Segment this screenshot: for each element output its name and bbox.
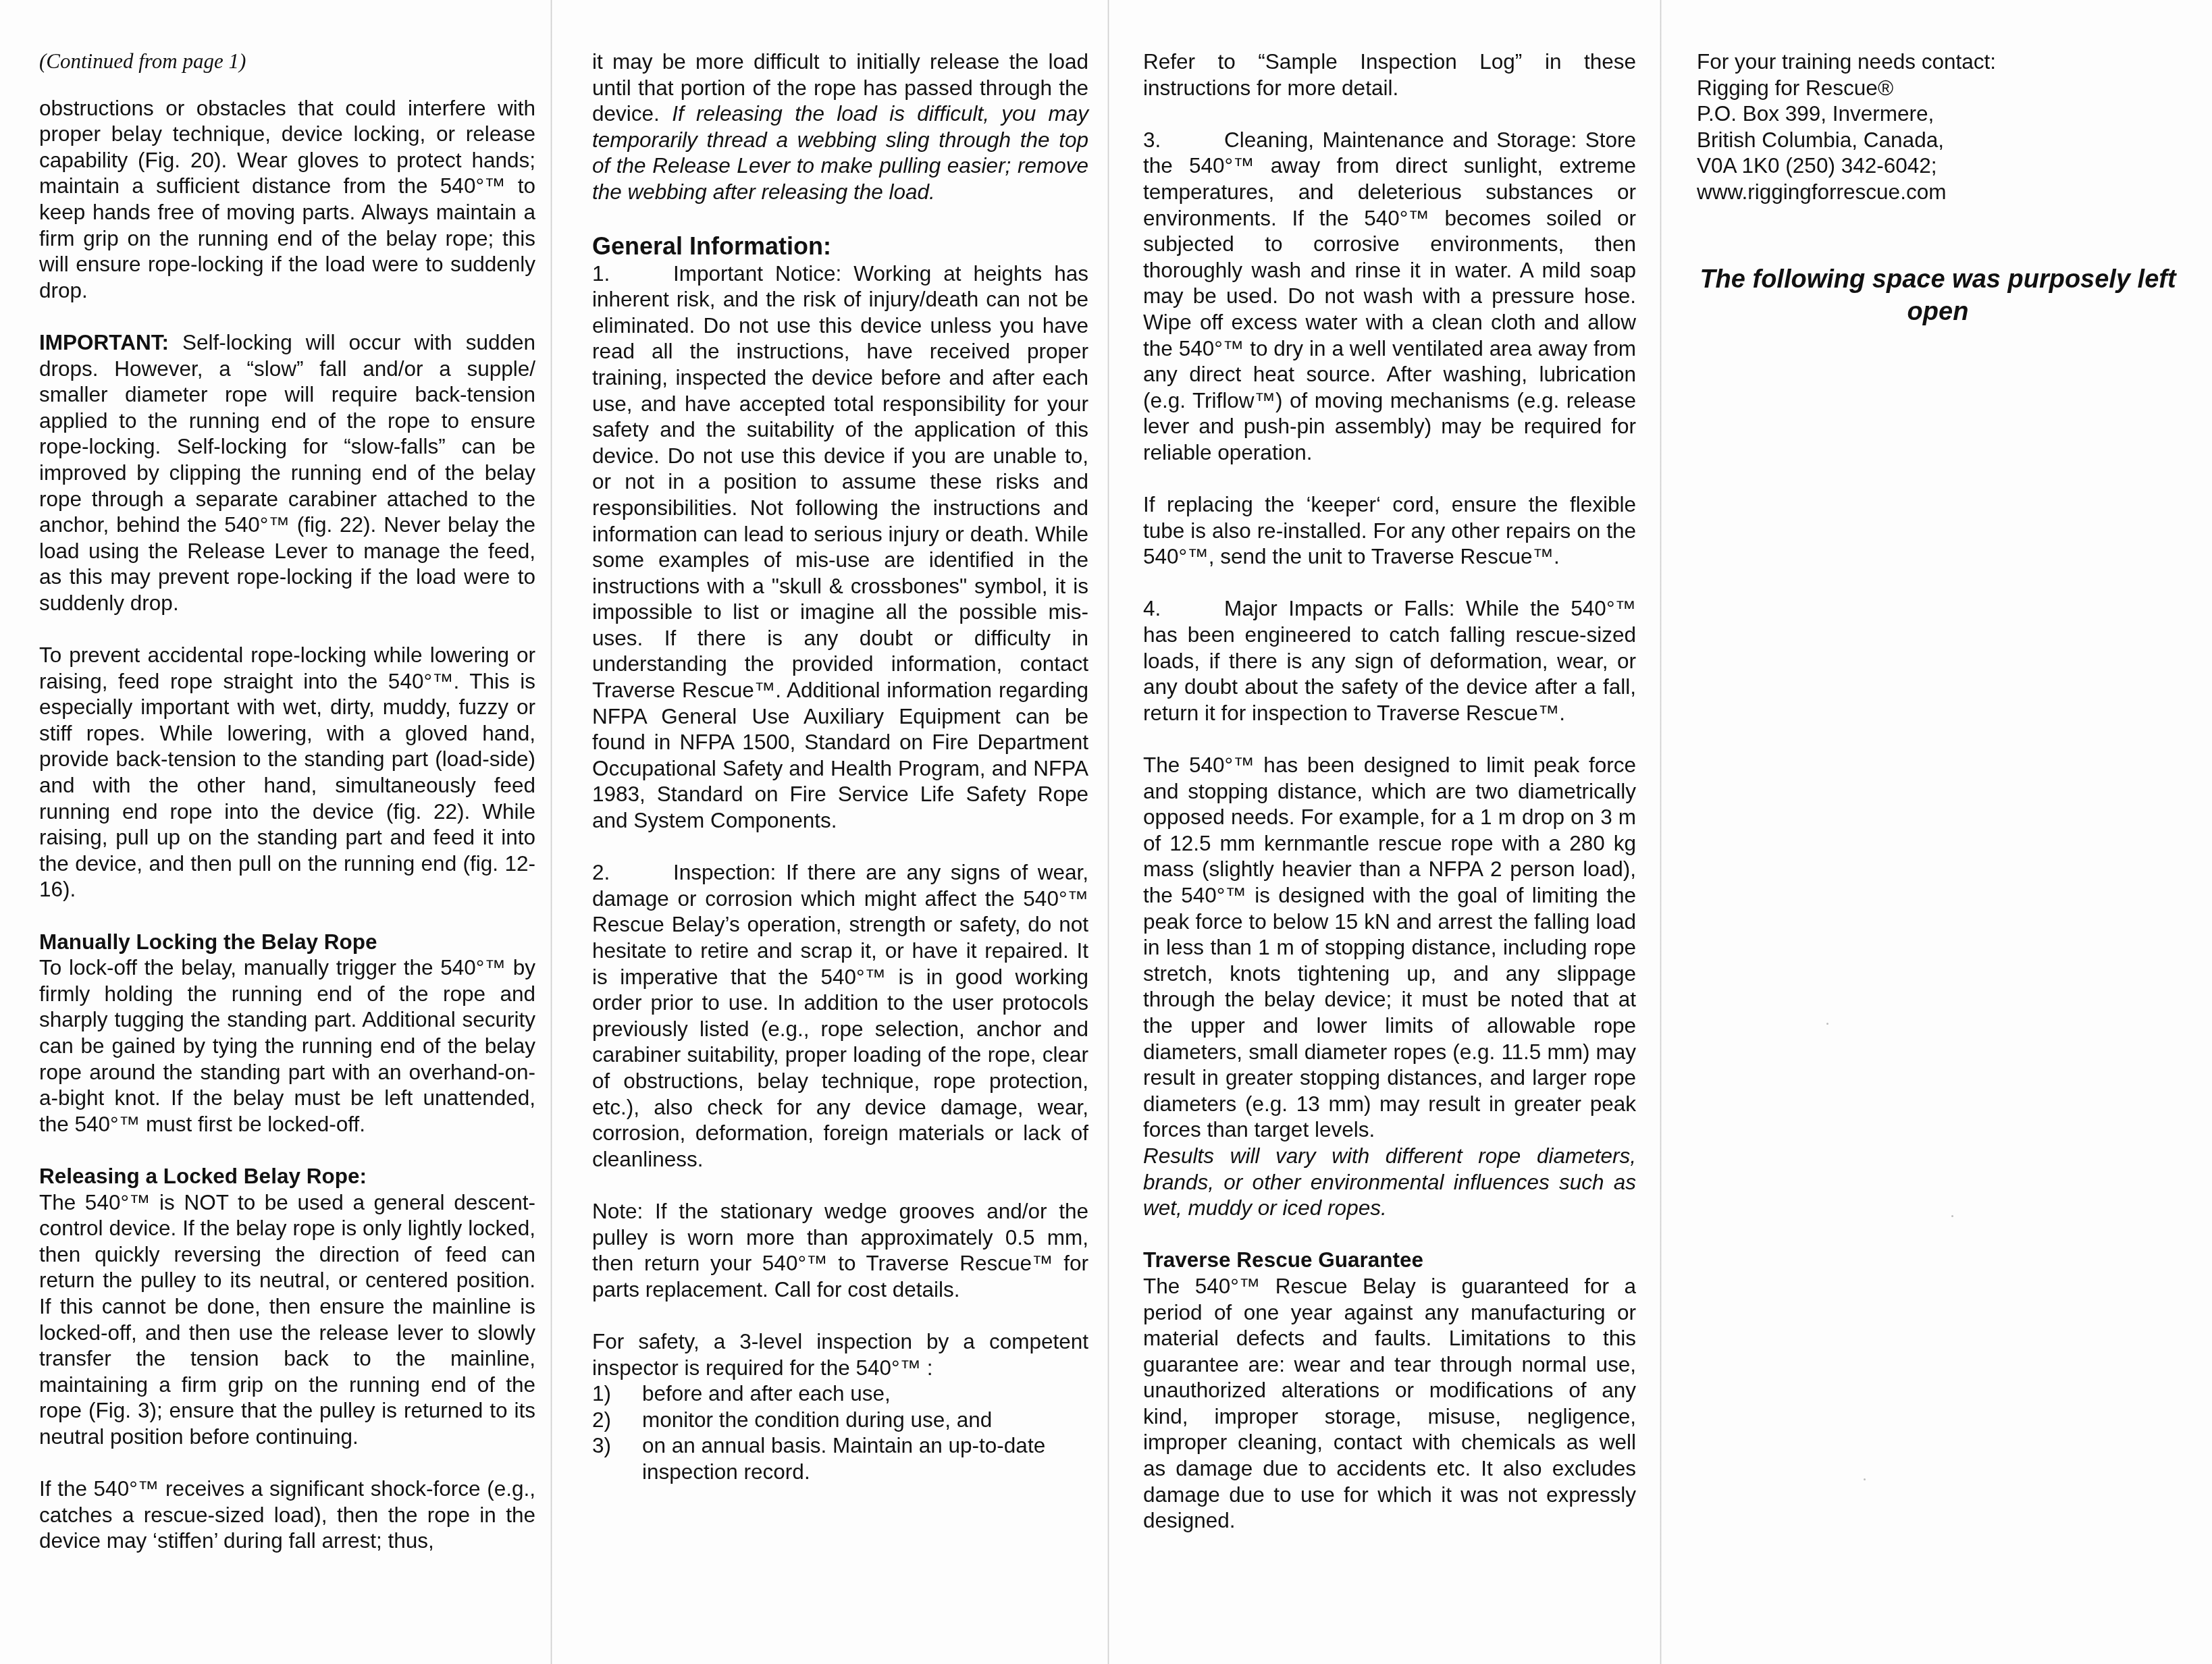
contact-block: For your training needs contact: Rigging…: [1697, 49, 2183, 205]
list-item: 2)monitor the condition during use, and: [592, 1407, 1088, 1433]
column-2: it may be more difficult to initially re…: [592, 49, 1088, 1484]
paragraph: If replacing the ‘keeper‘ cord, ensure t…: [1143, 491, 1636, 570]
section-manual-locking: Manually Locking the Belay Rope To lock-…: [39, 929, 535, 1137]
numbered-item-2: 2.Inspection: If there are any signs of …: [592, 859, 1088, 1172]
contact-website[interactable]: www.riggingforrescue.com: [1697, 179, 2183, 205]
list-item: 3)on an annual basis. Maintain an up-to-…: [592, 1432, 1088, 1484]
section-heading: Manually Locking the Belay Rope: [39, 929, 535, 955]
inspection-levels-list: 1)before and after each use, 2)monitor t…: [592, 1380, 1088, 1484]
contact-intro: For your training needs contact:: [1697, 49, 2183, 75]
paragraph: The 540°™ has been designed to limit pea…: [1143, 752, 1636, 1221]
important-label: IMPORTANT:: [39, 330, 169, 354]
numbered-item-1: 1.Important Notice: Working at heights h…: [592, 261, 1088, 834]
numbered-item-3: 3.Cleaning, Maintenance and Storage: Sto…: [1143, 127, 1636, 466]
contact-address-line-1: P.O. Box 399, Invermere,: [1697, 101, 2183, 127]
list-item: 1)before and after each use,: [592, 1380, 1088, 1407]
fold-line: [1660, 0, 1662, 1664]
section-heading: Traverse Rescue Guarantee: [1143, 1247, 1636, 1273]
results-vary-note: Results will vary with different rope di…: [1143, 1144, 1636, 1220]
brochure-page: (Continued from page 1) obstructions or …: [0, 0, 2212, 1664]
column-1: (Continued from page 1) obstructions or …: [39, 49, 535, 1554]
continued-label: (Continued from page 1): [39, 49, 535, 75]
scan-speck: [1826, 1023, 1828, 1025]
column-3: Refer to “Sample Inspection Log” in thes…: [1143, 49, 1636, 1534]
section-releasing: Releasing a Locked Belay Rope: The 540°™…: [39, 1163, 535, 1450]
general-information-heading: General Information:: [592, 232, 1088, 261]
contact-address-line-2: British Columbia, Canada,: [1697, 127, 2183, 153]
section-heading: Releasing a Locked Belay Rope:: [39, 1163, 535, 1189]
important-paragraph: IMPORTANT: Self-locking will occur with …: [39, 329, 535, 616]
paragraph: obstructions or obstacles that could int…: [39, 95, 535, 304]
fold-line: [550, 0, 552, 1664]
scan-speck: [1864, 1478, 1866, 1480]
paragraph: If the 540°™ receives a significant shoc…: [39, 1476, 535, 1554]
open-space-note: The following space was purposely left o…: [1681, 263, 2194, 328]
paragraph: For safety, a 3-level inspection by a co…: [592, 1328, 1088, 1380]
fold-line: [1107, 0, 1109, 1664]
paragraph: Refer to “Sample Inspection Log” in thes…: [1143, 49, 1636, 101]
contact-org: Rigging for Rescue®: [1697, 75, 2183, 101]
paragraph: it may be more difficult to initially re…: [592, 49, 1088, 205]
note-paragraph: Note: If the stationary wedge grooves an…: [592, 1198, 1088, 1302]
contact-postal-phone: V0A 1K0 (250) 342-6042;: [1697, 153, 2183, 179]
scan-speck: [1951, 1215, 1953, 1217]
section-guarantee: Traverse Rescue Guarantee The 540°™ Resc…: [1143, 1247, 1636, 1534]
paragraph: To prevent accidental rope-locking while…: [39, 642, 535, 903]
numbered-item-4: 4.Major Impacts or Falls: While the 540°…: [1143, 595, 1636, 726]
